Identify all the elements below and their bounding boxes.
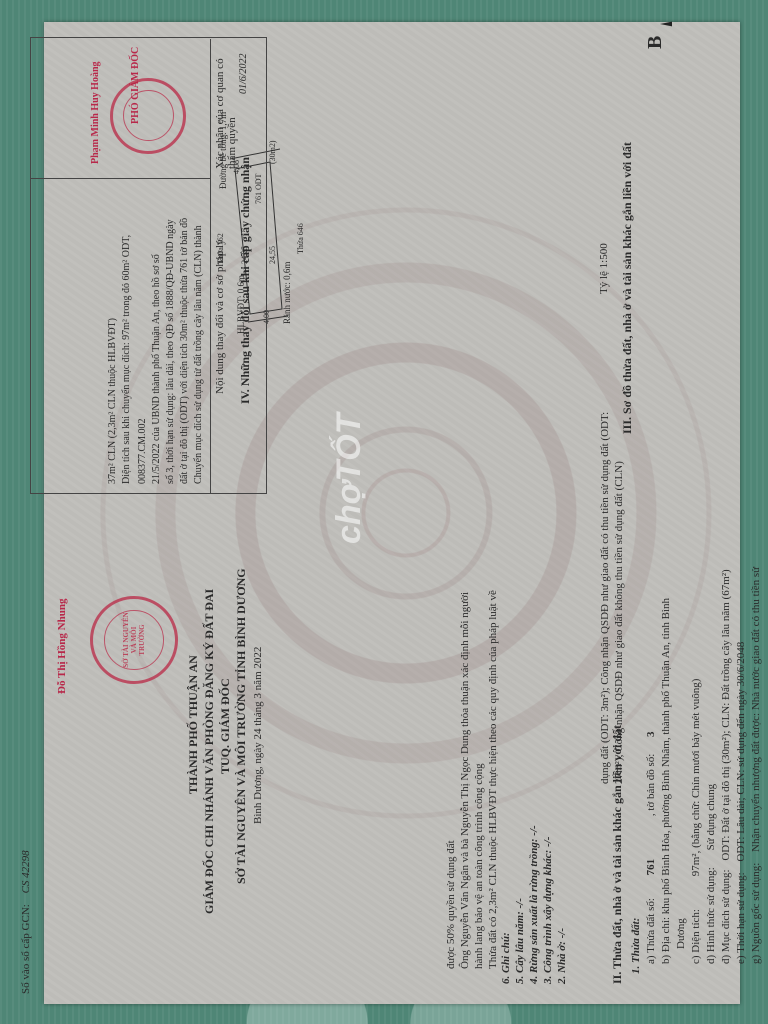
term-row: e) Thời hạn sử dụng: ODT: Lâu dài; CLN: … <box>735 642 747 964</box>
diagram-drain: Rãnh nước: 0,6m <box>282 262 292 324</box>
entry-line-1: Chuyển mục đích sử dụng từ đất trồng cây… <box>192 225 206 484</box>
purpose-row: đ) Mục đích sử dụng: ODT: Đất ở tại đô t… <box>720 569 732 964</box>
plot-address: b) Địa chỉ: khu phố Bình Hòa, phường Bìn… <box>660 598 672 964</box>
origin-row: g) Nguồn gốc sử dụng: Nhận chuyển nhượng… <box>750 567 762 964</box>
area-label: c) Diện tích: <box>690 909 702 964</box>
agency-line-2: TUQ. GIÁM ĐỐC <box>218 678 233 774</box>
chotot-watermark: chợTỐT <box>330 414 369 545</box>
plot-number: 761 <box>645 859 657 876</box>
land-plot-title: 1. Thửa đất: <box>630 918 642 974</box>
entry-line-7: 37m² CLN (2,3m² CLN thuộc HLBVĐT) <box>106 318 120 484</box>
table-divider <box>210 39 211 494</box>
note-line-1: Thửa đất có 2,3m² CLN thuộc HLBVĐT thực … <box>486 590 500 969</box>
plot-address-cont: Dương <box>675 918 687 949</box>
agency-line-4: THÀNH PHỐ THUẬN AN <box>186 655 201 794</box>
origin-label: g) Nguồn gốc sử dụng: <box>750 863 762 964</box>
entry-line-6: Diện tích sau khi chuyển mục đích: 97m² … <box>120 235 134 484</box>
table-col-divider <box>30 178 210 179</box>
rotated-document-canvas: II. Thửa đất, nhà ở và tài sản khác gắn … <box>0 0 768 1024</box>
diagram-right-length: 24,55 <box>268 246 277 264</box>
signer-name: Đỗ Thị Hồng Nhung <box>56 599 68 694</box>
col-confirm-header: Xác nhận của cơ quan có thẩm quyền <box>214 49 238 169</box>
usage-form-label: d) Hình thức sử dụng: <box>705 867 717 964</box>
note-line-2: hành lang bảo vệ an toàn công trình công… <box>472 763 486 969</box>
section3-heading: III. Sơ đồ thửa đất, nhà ở và tài sản kh… <box>620 142 635 434</box>
north-arrow-icon <box>652 4 672 84</box>
purpose-label: đ) Mục đích sử dụng: <box>720 869 732 964</box>
origin-l1: Nhận chuyển nhượng đất được: Nhà nước gi… <box>750 567 762 852</box>
plot-number-row: a) Thửa đất số: 761 , tờ bản đồ số: 3 <box>645 731 657 964</box>
term: ODT: Lâu dài; CLN: sử dụng đến ngày 30/6… <box>735 642 747 862</box>
notes-title: 6. Ghi chú: <box>500 932 512 984</box>
plot-number-label: a) Thửa đất số: <box>645 898 657 964</box>
note-line-4: được 50% quyền sử dụng đất <box>444 840 458 969</box>
origin-l3: 27m²); Công nhận QSDĐ như giao đất không… <box>612 461 626 784</box>
note-line-3: Ông Nguyễn Văn Ngân và bà Nguyễn Thị Ngọ… <box>458 592 472 969</box>
section4-heading: IV. Những thay đổi sau khi cấp giấy chứn… <box>238 157 253 404</box>
entry-line-3: số 3, thời hạn sử dụng: lâu dài, theo QĐ… <box>164 219 178 484</box>
other-construction-item: 3. Công trình xây dựng khác: -/- <box>542 837 554 984</box>
area-value: 97m², (bằng chữ: Chín mươi bảy mét vuông… <box>690 679 702 877</box>
diagram-scale: Tỷ lệ 1:500 <box>598 243 610 294</box>
diagram-right-neighbor: Thửa 646 <box>296 223 305 254</box>
map-sheet: 3 <box>645 731 657 737</box>
registry-row: Số vào sổ cấp GCN: CS 42298 <box>20 850 32 994</box>
house-item: 2. Nhà ở: -/- <box>556 928 568 984</box>
confirm-stamp <box>110 78 186 154</box>
entry-line-4: 21/5/2022 của UBND thành phố Thuận An, t… <box>150 254 164 484</box>
entry-line-5: 008377.CM.002 <box>136 418 150 484</box>
usage-form-row: d) Hình thức sử dụng: Sử dụng chung <box>705 784 717 964</box>
place-date: Bình Dương, ngày 24 tháng 3 năm 2022 <box>252 647 264 824</box>
usage-form: Sử dụng chung <box>705 784 717 850</box>
map-sheet-label: , tờ bản đồ số: <box>645 754 657 816</box>
plot-area-row: c) Diện tích: 97m², (bằng chữ: Chín mươi… <box>690 679 702 964</box>
registry-label: Số vào sổ cấp GCN: <box>20 904 32 994</box>
origin-l2: dụng đất (ODT: 3m²); Công nhận QSDĐ như … <box>598 412 612 784</box>
stamp-text: SỞ TÀI NGUYÊN VÀ MÔI TRƯỜNG <box>122 611 146 668</box>
agency-line-3: GIÁM ĐỐC CHI NHÁNH VĂN PHÒNG ĐĂNG KÝ ĐẤT… <box>202 589 217 914</box>
production-forest-item: 4. Rừng sản xuất là rừng trồng: -/- <box>528 825 540 984</box>
agency-line-1: SỞ TÀI NGUYÊN VÀ MÔI TRƯỜNG TỈNH BÌNH DƯ… <box>234 568 249 884</box>
entry-date: 01/6/2022 <box>238 53 249 94</box>
term-label: e) Thời hạn sử dụng: <box>735 872 747 964</box>
col-content-header: Nội dung thay đổi và cơ sở pháp lý <box>214 239 226 394</box>
official-stamp: SỞ TÀI NGUYÊN VÀ MÔI TRƯỜNG <box>90 596 178 684</box>
registry-number: CS 42298 <box>20 850 32 893</box>
perennial-trees-item: 5. Cây lâu năm: -/- <box>514 898 526 984</box>
purpose: ODT: Đất ở tại đô thị (30m²); CLN: Đất t… <box>720 569 732 860</box>
diagram-plot-code: (30m2) <box>268 140 277 164</box>
confirm-signer: Phạm Minh Huy Hoàng <box>90 61 101 164</box>
entry-line-2: đất ở tại đô thị (ODT) với diện tích 30m… <box>178 218 192 484</box>
